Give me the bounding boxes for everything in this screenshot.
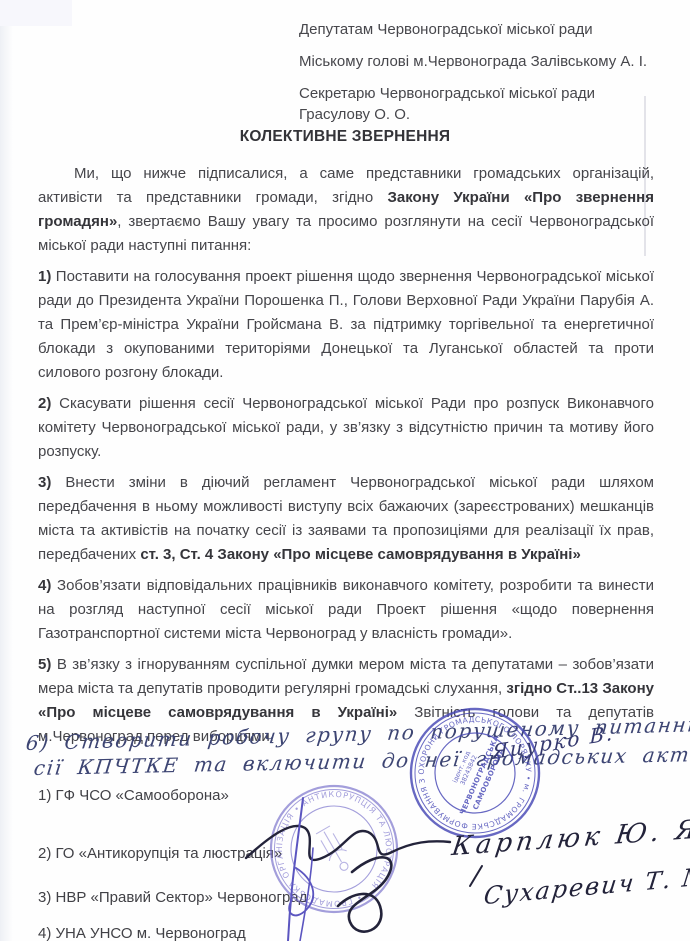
- recipient-line: Міському голові м.Червонограда Залівсько…: [299, 52, 674, 72]
- scanned-document-page: Депутатам Червоноградської міської ради …: [0, 0, 690, 941]
- org-list-item-samooborona: 1) ГФ ЧСО «Самооборона»: [38, 787, 229, 804]
- org-list-item-una-unso: 4) УНА УНСО м. Червоноград: [38, 925, 246, 941]
- item-paragraph-4: 4) Зобов’язати відповідальних працівникі…: [38, 574, 654, 646]
- recipient-line: Секретарю Червоноградської міської ради: [299, 84, 674, 104]
- svg-text:ГРОМАДСЬКЕ ФОРМУВАННЯ З ОХОРОН: ГРОМАДСЬКЕ ФОРМУВАННЯ З ОХОРОНИ ГРОМАДСЬ…: [406, 704, 544, 842]
- stamp-chervonohradska-samooborona: ГРОМАДСЬКЕ ФОРМУВАННЯ З ОХОРОНИ ГРОМАДСЬ…: [406, 704, 544, 842]
- item-paragraph-2: 2) Скасувати рішення сесії Червоноградсь…: [38, 392, 654, 464]
- recipient-line: Депутатам Червоноградської міської ради: [299, 20, 674, 40]
- recipient-line: Грасулову О. О.: [299, 105, 674, 125]
- stamp-emblem-figure: [314, 825, 354, 875]
- intro-paragraph: Ми, що нижче підписалися, а саме предста…: [38, 162, 654, 258]
- org-list-item-antykoruptsiia: 2) ГО «Антикорупція та люстрація»: [38, 845, 282, 862]
- document-title: КОЛЕКТИВНЕ ЗВЕРНЕННЯ: [0, 128, 690, 146]
- stamp-ring-text: ГРОМАДСЬКЕ ФОРМУВАННЯ З ОХОРОНИ ГРОМАДСЬ…: [406, 704, 544, 842]
- stamp-antykoruptsiia-lustratsiia: • ГРОМАДСЬКА ОРГАНІЗАЦІЯ • АНТИКОРУПЦІЯ …: [266, 781, 402, 917]
- item-paragraph-3: 3) Внести зміни в діючий регламент Черво…: [38, 471, 654, 567]
- signature-sukharevych: Сухаревич Т. М.: [482, 861, 690, 910]
- document-body: Ми, що нижче підписалися, а саме предста…: [38, 162, 654, 756]
- scan-corner-artifact: [0, 0, 72, 26]
- recipient-block: Депутатам Червоноградської міської ради …: [299, 20, 674, 137]
- signature-flourish: [470, 866, 482, 886]
- item-paragraph-1: 1) Поставити на голосування проект рішен…: [38, 265, 654, 385]
